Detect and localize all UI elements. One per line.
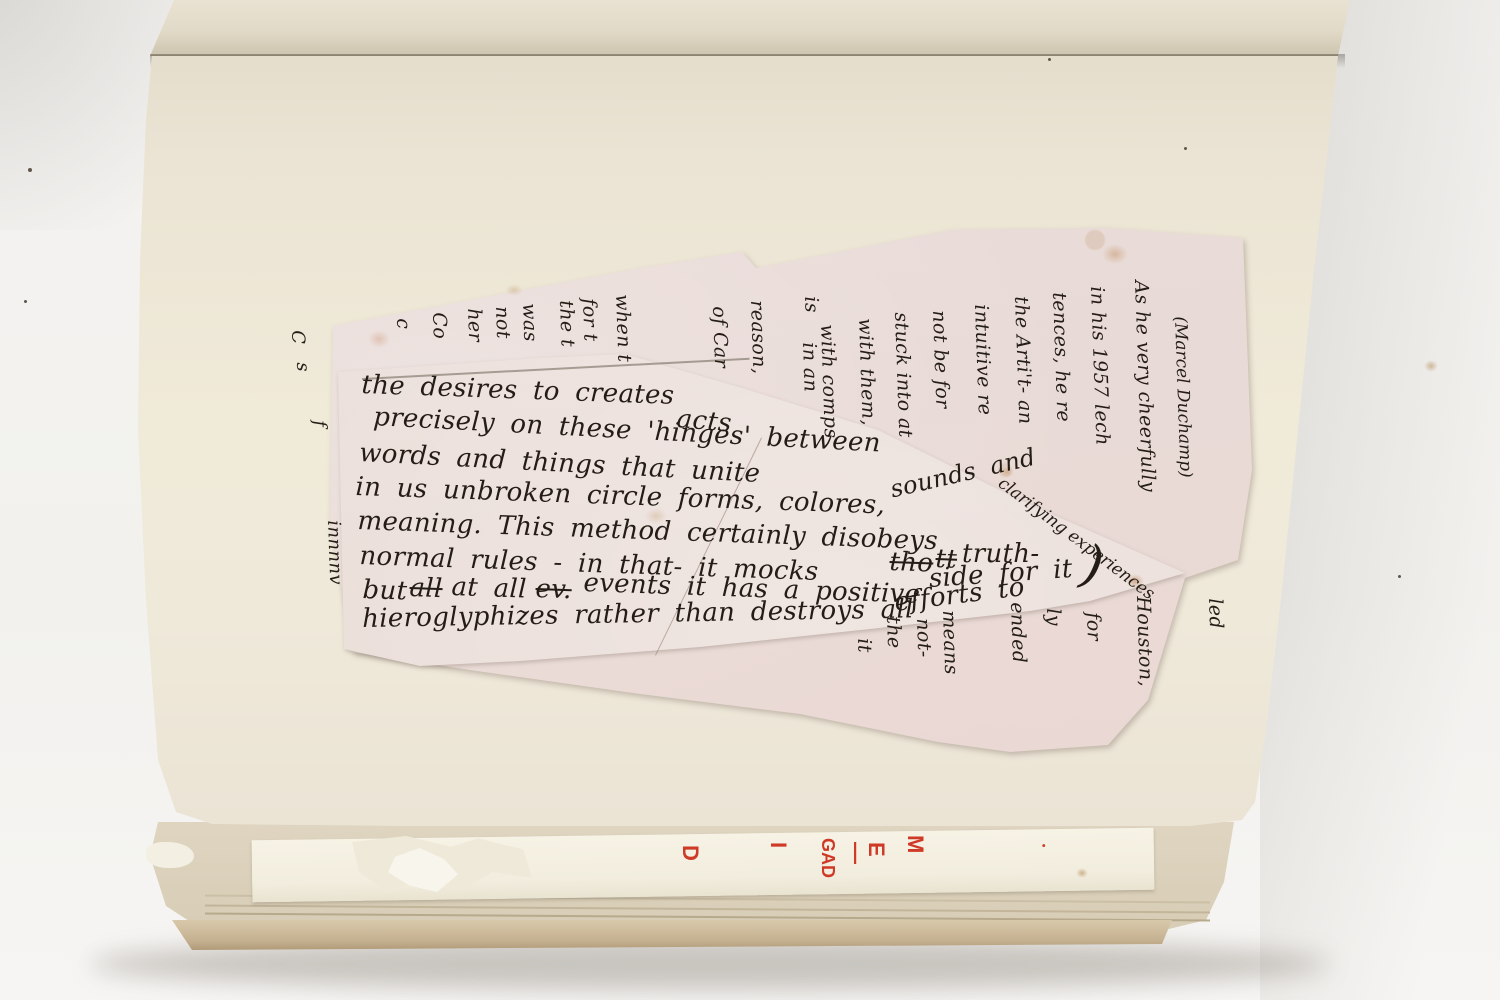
handwriting-stub: f [310, 420, 328, 428]
handwriting-layer: (Marcel Duchamp) clarifying experiences … [0, 0, 1500, 1000]
handwriting-stub: Co [429, 312, 449, 339]
handwriting-stub: when t [612, 294, 633, 363]
handwriting-column: tences, he re [1049, 292, 1073, 422]
handwriting-column: stuck into at [891, 312, 914, 438]
handwriting-column: As he very cheerfully [1131, 280, 1157, 492]
handwriting-column: in his 1957 lech [1087, 286, 1112, 446]
handwriting-column: in an [799, 342, 820, 393]
attribution-marcel-duchamp: (Marcel Duchamp) [1171, 316, 1194, 478]
handwriting-stub: c [393, 318, 412, 330]
handwriting-column: of Car [709, 306, 730, 368]
handwriting-line: all [409, 575, 443, 602]
handwriting-column: reason, [747, 300, 769, 375]
handwriting-stub: innnnv [324, 520, 344, 585]
handwriting-line: ev. [535, 576, 572, 603]
handwriting-column: is [801, 296, 821, 313]
red-print-fragment: • [1042, 842, 1046, 851]
handwriting-stub: for [1083, 612, 1103, 641]
handwriting-stub: C [288, 330, 306, 345]
handwriting-stub: ly [1043, 608, 1063, 626]
handwriting-line: but [362, 577, 408, 605]
handwriting-column: the Arti't- an [1011, 296, 1034, 425]
handwriting-line: hieroglyphizes rather than destroys all [362, 596, 914, 632]
handwriting-stub: for t [579, 298, 599, 342]
handwriting-stub: her [464, 308, 484, 342]
red-print-fragment: GAD [820, 838, 836, 878]
handwriting-stub: the t [556, 300, 577, 347]
handwriting-column: not be for [929, 310, 951, 409]
handwriting-line: at all [451, 574, 527, 603]
handwriting-stub: it [854, 638, 873, 653]
handwriting-column: with them, [855, 318, 878, 426]
handwriting-stub: not [492, 306, 512, 339]
red-print-fragment: I [768, 842, 788, 848]
handwriting-line: tho [889, 549, 934, 577]
handwriting-stub: was [519, 303, 539, 342]
red-print-fragment: E [866, 842, 886, 857]
handwriting-stub: ended [1007, 602, 1028, 664]
handwriting-stub: Houston, [1133, 596, 1155, 687]
red-print-fragment: D [680, 845, 700, 861]
handwriting-stub: led [1205, 598, 1225, 629]
handwriting-stub: the [883, 616, 903, 649]
photograph-of-open-scrapbook: (Marcel Duchamp) clarifying experiences … [0, 0, 1500, 1000]
handwriting-stub: means [939, 610, 960, 675]
red-print-fragment: M [905, 835, 925, 853]
handwriting-column: intuitive re [971, 304, 994, 416]
handwriting-stub: not- [913, 618, 933, 658]
handwriting-stub: s [293, 362, 311, 372]
